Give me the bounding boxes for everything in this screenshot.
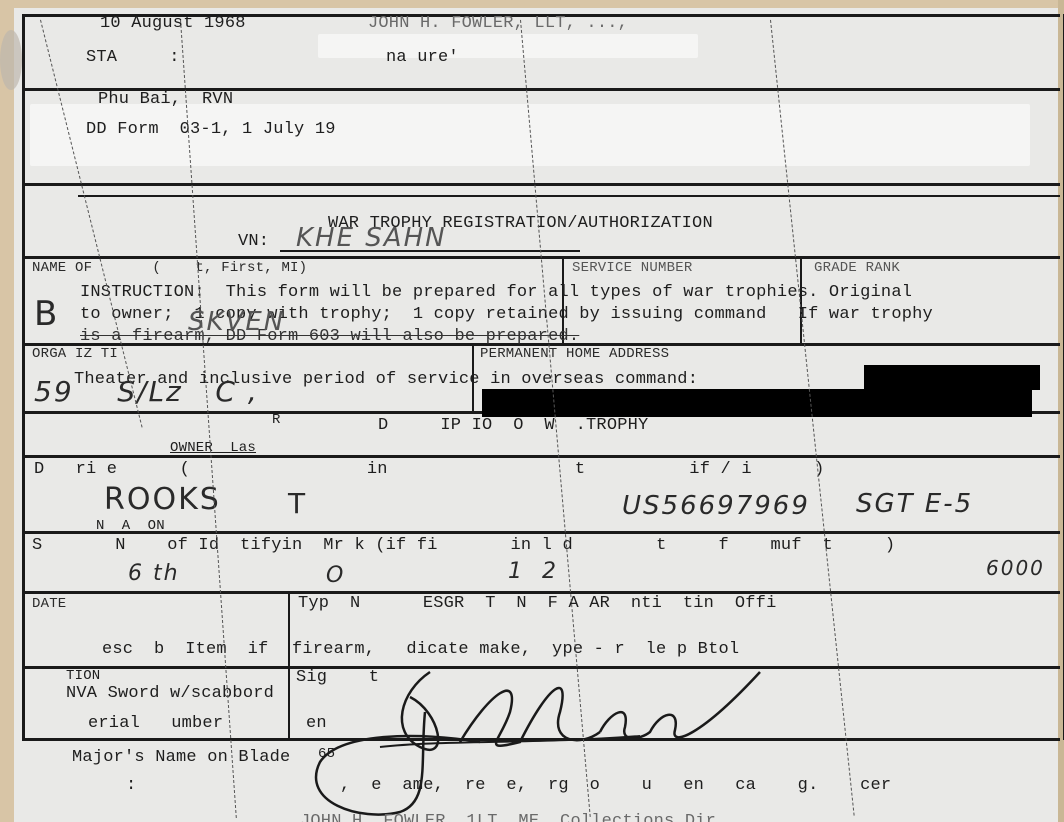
rule-trophy-row-bottom: [22, 531, 1060, 534]
organization-label: ORGA IZ TI: [32, 346, 118, 362]
permanent-address-label: PERMANENT HOME ADDRESS: [480, 346, 669, 362]
serial-number-label: erial umber: [88, 714, 223, 734]
grade-rank-label: GRADE RANK: [814, 260, 900, 276]
paper-stain: [0, 30, 22, 90]
rule-form-id-bottom: [22, 183, 1060, 186]
form-number: DD Form 03-1, 1 July 19: [86, 120, 336, 140]
handwritten-signature: [280, 652, 800, 822]
description-marker: R: [272, 412, 281, 428]
ghost-text-block: [318, 34, 698, 58]
header-location: Phu Bai, RVN: [98, 90, 233, 110]
vn-handwritten-value: KHE SAHN: [296, 224, 447, 252]
station-label: STA :: [86, 48, 180, 68]
redaction-bar-upper: [864, 365, 1040, 390]
item-description: NVA Sword w/scabbord: [66, 684, 274, 704]
officer-caption: , e ame, re e, rg o u en ca g. cer: [340, 776, 891, 796]
signature-caption: na ure': [386, 48, 459, 68]
vn-underline: [280, 250, 580, 252]
owner-initial: T: [288, 490, 307, 518]
instruction-line-3: is a firearm, DD Form 603 will also be p…: [80, 327, 579, 347]
handwritten-organization: 59 S/Lz C ,: [34, 378, 259, 406]
serial-row-label: S N of Id tifyin Mr k (if fi in l d t f …: [32, 536, 895, 556]
header-officer-line: JOHN H. FOWLER, LLT, ...,: [368, 14, 638, 34]
instruction-line-1: INSTRUCTION: This form will be prepared …: [80, 283, 912, 303]
trophy-row-label: D ri e ( in t if / i ): [34, 460, 825, 480]
describe-item-left: esc b Item if: [102, 640, 268, 660]
owner-last-name: ROOKS: [104, 486, 221, 514]
handwritten-initial: B: [34, 300, 59, 328]
type-label: Typ N ESGR T N F A AR nti tin Offi: [298, 594, 776, 614]
rule-title-top: [78, 195, 1060, 197]
item-section-label: TION: [66, 668, 100, 684]
handwritten-mark-o: O: [326, 562, 345, 590]
date-label: DATE: [32, 596, 66, 612]
service-number-value: US56697969: [622, 492, 810, 520]
owner-label: OWNER Las: [170, 440, 256, 456]
grade-value: SGT E-5: [856, 490, 973, 518]
name-label: NAME OF ( t, First, MI): [32, 260, 307, 276]
redaction-bar-address: [482, 389, 1032, 417]
header-date: 10 August 1968: [100, 14, 246, 34]
vn-label: VN:: [238, 232, 269, 252]
blade-number: 65: [318, 746, 335, 762]
footer-bottom-line: JOHN H. FOWLER, 1LT, ME, Collections Dir: [300, 812, 716, 822]
blade-note: Major's Name on Blade: [72, 748, 290, 768]
serial-sub-label: N A ON: [96, 518, 165, 534]
footer-colon: :: [126, 776, 136, 796]
service-number-label: SERVICE NUMBER: [572, 260, 692, 276]
handwritten-value-right: 6000: [986, 554, 1045, 582]
handwritten-unit: 6 th: [128, 560, 180, 588]
handwritten-mark-12: 1 2: [508, 558, 558, 586]
description-header-title: D IP IO O W .TROPHY: [378, 416, 648, 436]
